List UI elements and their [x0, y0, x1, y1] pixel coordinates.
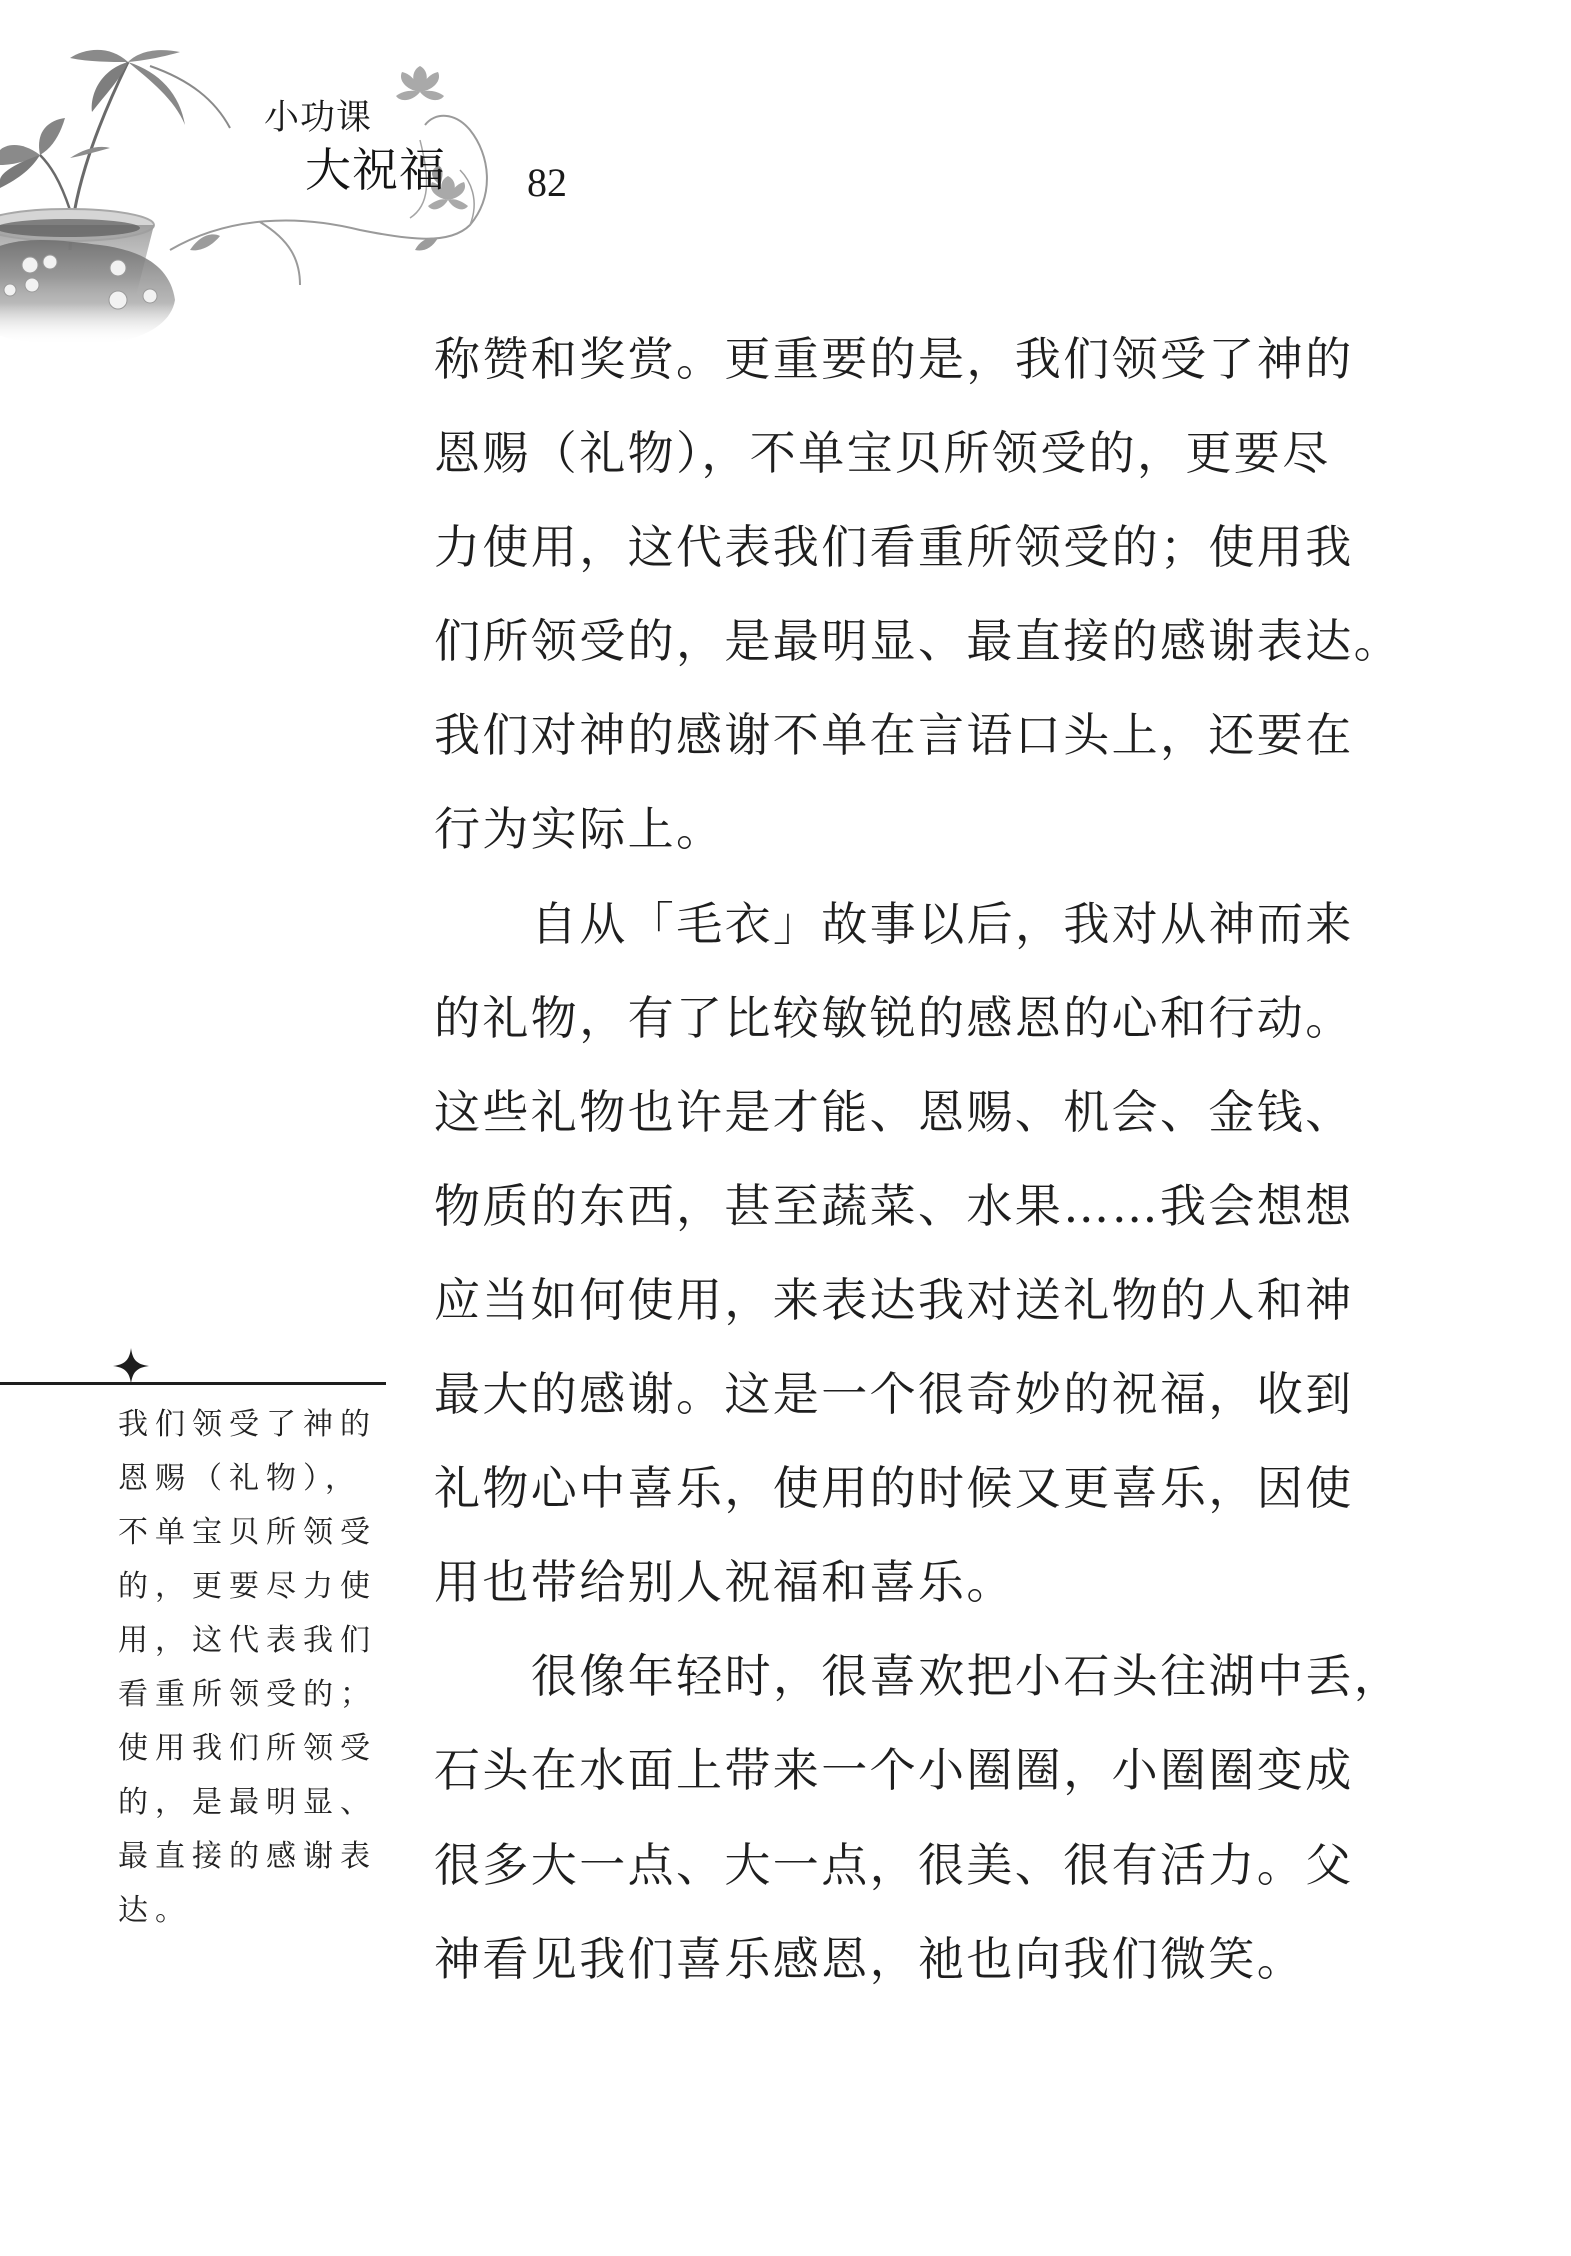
body-line: 神看见我们喜乐感恩，祂也向我们微笑。 [434, 1912, 1359, 2006]
body-line: 这些礼物也许是才能、恩赐、机会、金钱、 [434, 1065, 1359, 1159]
pullquote-line: 达。 [118, 1884, 390, 1938]
body-line: 石头在水面上带来一个小圈圈，小圈圈变成 [434, 1723, 1359, 1817]
pullquote-line: 使用我们所领受 [118, 1722, 390, 1776]
pullquote-line: 我们领受了神的 [118, 1398, 390, 1452]
pullquote-line: 不单宝贝所领受 [118, 1506, 390, 1560]
pullquote-line: 的，是最明显、 [118, 1776, 390, 1830]
body-line: 最大的感谢。这是一个很奇妙的祝福，收到 [434, 1347, 1359, 1441]
body-line: 用也带给别人祝福和喜乐。 [434, 1535, 1359, 1629]
pullquote-line: 最直接的感谢表 [118, 1830, 390, 1884]
pullquote-divider [0, 1382, 386, 1385]
pullquote-line: 的，更要尽力使 [118, 1560, 390, 1614]
pullquote-line: 看重所领受的； [118, 1668, 390, 1722]
four-point-star-icon [113, 1348, 149, 1384]
body-line: 力使用，这代表我们看重所领受的；使用我 [434, 500, 1359, 594]
body-line: 的礼物，有了比较敏锐的感恩的心和行动。 [434, 971, 1359, 1065]
page-number: 82 [527, 160, 567, 206]
pullquote-line: 用，这代表我们 [118, 1614, 390, 1668]
body-line: 很多大一点、大一点，很美、很有活力。父 [434, 1818, 1359, 1912]
body-line: 礼物心中喜乐，使用的时候又更喜乐，因使 [434, 1441, 1359, 1535]
pullquote: 我们领受了神的 恩赐（礼物）， 不单宝贝所领受 的，更要尽力使 用，这代表我们 … [118, 1398, 390, 1938]
body-text: 称赞和奖赏。更重要的是，我们领受了神的 恩赐（礼物），不单宝贝所领受的，更要尽 … [434, 312, 1359, 2006]
body-line: 恩赐（礼物），不单宝贝所领受的，更要尽 [434, 406, 1359, 500]
running-title-large: 大祝福 [305, 144, 446, 196]
body-line: 物质的东西，甚至蔬菜、水果……我会想想 [434, 1159, 1359, 1253]
running-title-small: 小功课 [264, 98, 372, 138]
pullquote-line: 恩赐（礼物）， [118, 1452, 390, 1506]
body-line: 应当如何使用，来表达我对送礼物的人和神 [434, 1253, 1359, 1347]
body-line: 我们对神的感谢不单在言语口头上，还要在 [434, 688, 1359, 782]
body-line: 称赞和奖赏。更重要的是，我们领受了神的 [434, 312, 1359, 406]
body-line-paragraph-start: 自从「毛衣」故事以后，我对从神而来 [434, 877, 1359, 971]
body-line-paragraph-start: 很像年轻时，很喜欢把小石头往湖中丢， [434, 1629, 1359, 1723]
body-line: 行为实际上。 [434, 782, 1359, 876]
body-line: 们所领受的，是最明显、最直接的感谢表达。 [434, 594, 1359, 688]
